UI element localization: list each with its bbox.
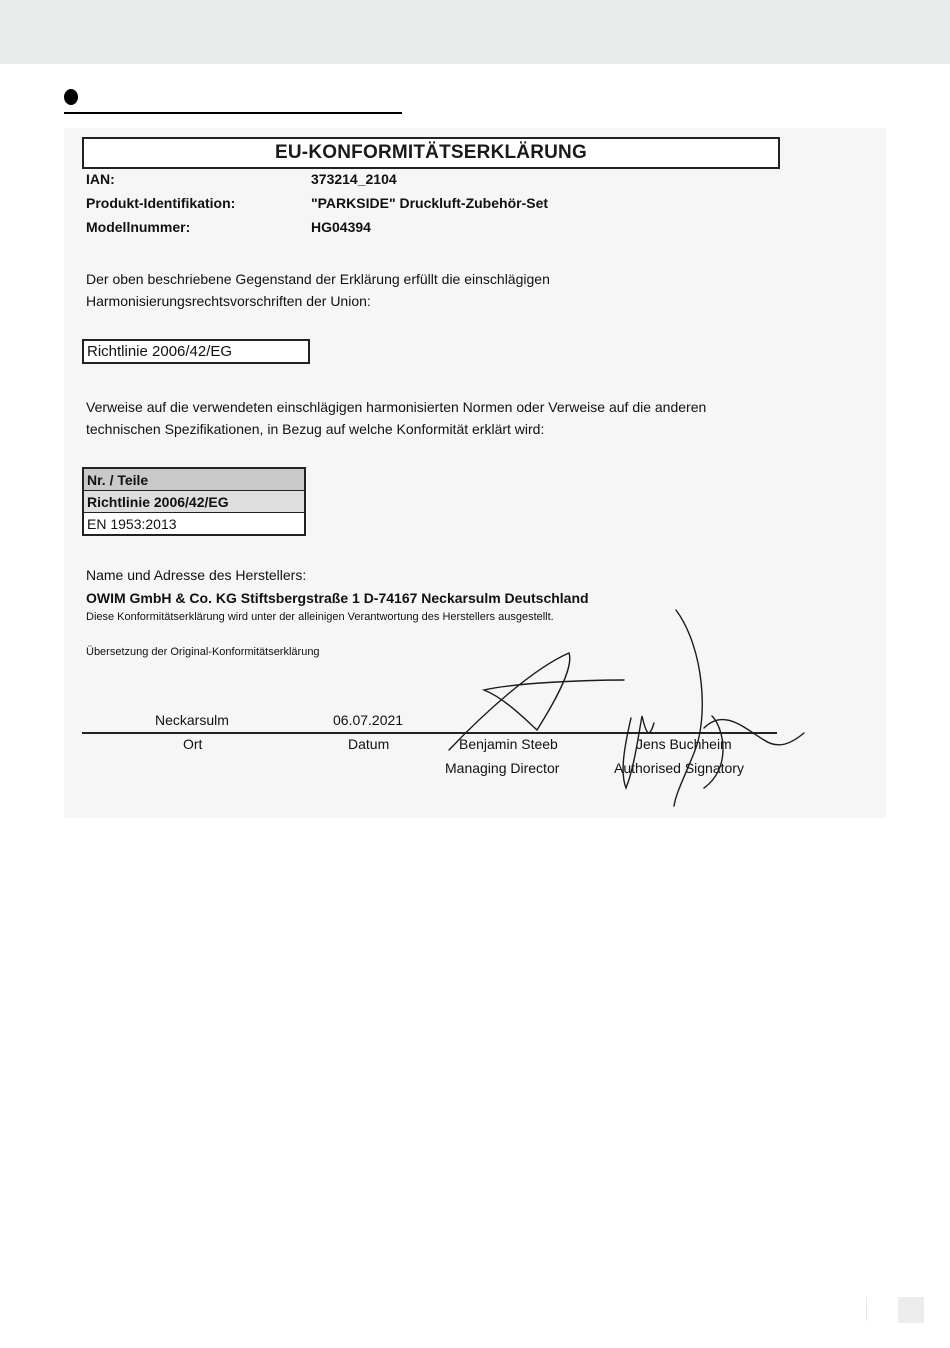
responsibility-note: Diese Konformitätserklärung wird unter d… [86,611,554,623]
declaration-title: EU-KONFORMITÄTSERKLÄRUNG [82,137,780,169]
field-value: HG04394 [311,219,371,235]
norms-table-header: Nr. / Teile [83,468,305,491]
field-label: Produkt-Identifikation: [86,195,235,211]
norms-table: Nr. / Teile Richtlinie 2006/42/EG EN 195… [82,467,306,536]
signer1-title: Managing Director [445,760,559,776]
signer2-name: Jens Buchheim [636,736,732,752]
field-label: Modellnummer: [86,219,190,235]
field-value: 373214_2104 [311,171,397,187]
conformity-declaration-scan: EU-KONFORMITÄTSERKLÄRUNG IAN: 373214_210… [64,128,886,818]
directive-box: Richtlinie 2006/42/EG [82,339,310,364]
references-paragraph: Verweise auf die verwendeten einschlägig… [86,396,706,440]
page-number-box [898,1297,924,1323]
references-line-1: Verweise auf die verwendeten einschlägig… [86,396,706,418]
footer-separator [866,1297,867,1321]
norms-table-subheader: Richtlinie 2006/42/EG [83,491,305,513]
intro-line-2: Harmonisierungsrechtsvorschriften der Un… [86,290,550,312]
date-value: 06.07.2021 [333,712,403,728]
norms-table-row: EN 1953:2013 [83,513,305,536]
field-label: IAN: [86,171,115,187]
manufacturer-address: OWIM GmbH & Co. KG Stiftsbergstraße 1 D-… [86,587,589,609]
intro-line-1: Der oben beschriebene Gegenstand der Erk… [86,268,550,290]
page-header-band [0,0,950,64]
signer1-name: Benjamin Steeb [459,736,558,752]
intro-paragraph: Der oben beschriebene Gegenstand der Erk… [86,268,550,312]
signer2-title: Authorised Signatory [614,760,744,776]
section-bullet-icon [64,89,78,105]
translation-note: Übersetzung der Original-Konformitätserk… [86,646,320,658]
signature-line [82,732,777,734]
date-label: Datum [348,736,389,752]
field-product-identification: Produkt-Identifikation: "PARKSIDE" Druck… [86,195,235,211]
field-value: "PARKSIDE" Druckluft-Zubehör-Set [311,195,548,211]
manufacturer-label: Name und Adresse des Herstellers: [86,564,306,586]
field-ian: IAN: 373214_2104 [86,171,115,187]
field-model-number: Modellnummer: HG04394 [86,219,190,235]
signature-2 [623,610,804,806]
place-value: Neckarsulm [155,712,229,728]
references-line-2: technischen Spezifikationen, in Bezug au… [86,418,706,440]
place-label: Ort [183,736,202,752]
section-rule [64,112,402,114]
